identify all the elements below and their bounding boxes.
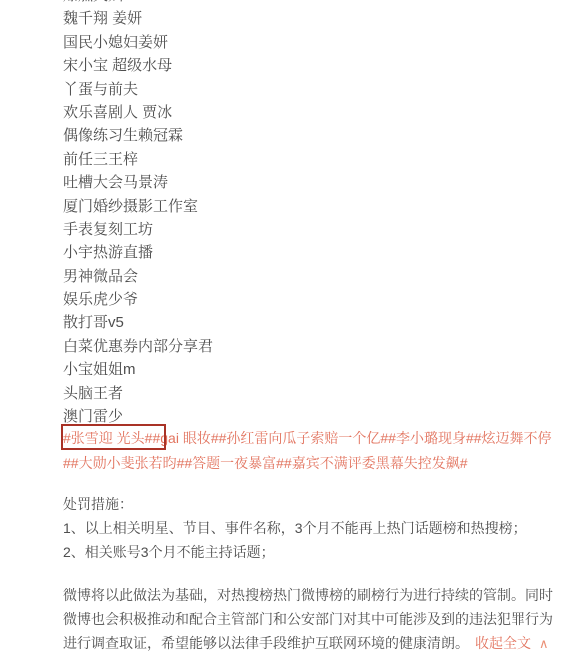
measure-item: 1、以上相关明星、节目、事件名称，3个月不能再上热门话题榜和热搜榜； — [63, 517, 527, 541]
banned-topic-item: 手表复刻工坊 — [63, 218, 213, 241]
hashtag-line[interactable]: #张雪迎 光头##gai 眼妆##孙红雷向瓜子索赔一个亿##李小璐现身##炫迈舞… — [63, 426, 552, 451]
banned-topic-item: 散打哥v5 — [63, 311, 213, 334]
hashtag-line[interactable]: ##大勋小斐张若昀##答题一夜暴富##嘉宾不满评委黑幕失控发飙# — [63, 451, 552, 476]
banned-topic-item: 偶像练习生赖冠霖 — [63, 124, 213, 147]
banned-topic-item: 头脑王者 — [63, 382, 213, 405]
banned-topic-item: 男神微品会 — [63, 265, 213, 288]
banned-topic-item: 魏千翔 姜妍 — [63, 7, 213, 30]
closing-paragraph: 微博将以此做法为基础，对热搜榜热门微博榜的刷榜行为进行持续的管制。同时微博也会积… — [63, 583, 564, 654]
banned-topic-item: 厦门婚纱摄影工作室 — [63, 195, 213, 218]
banned-topic-item: 小宇热游直播 — [63, 241, 213, 264]
banned-topic-list: 爆燃夫妇 魏千翔 姜妍 国民小媳妇姜妍 宋小宝 超级水母 丫蛋与前夫 欢乐喜剧人… — [63, 0, 213, 428]
banned-topic-item: 吐槽大会马景涛 — [63, 171, 213, 194]
measures-title: 处罚措施： — [63, 493, 527, 517]
banned-topic-item: 欢乐喜剧人 贾冰 — [63, 101, 213, 124]
banned-hashtags: #张雪迎 光头##gai 眼妆##孙红雷向瓜子索赔一个亿##李小璐现身##炫迈舞… — [63, 426, 552, 476]
collapse-full-text-link[interactable]: 收起全文 — [475, 635, 531, 651]
punishment-measures: 处罚措施： 1、以上相关明星、节目、事件名称，3个月不能再上热门话题榜和热搜榜；… — [63, 493, 527, 564]
banned-topic-item: 丫蛋与前夫 — [63, 78, 213, 101]
chevron-up-icon[interactable]: ∧ — [539, 636, 549, 651]
banned-topic-item: 澳门雷少 — [63, 405, 213, 428]
banned-topic-item: 国民小媳妇姜妍 — [63, 31, 213, 54]
banned-topic-item: 白菜优惠券内部分享君 — [63, 335, 213, 358]
banned-topic-item: 娱乐虎少爷 — [63, 288, 213, 311]
measure-item: 2、相关账号3个月不能主持话题； — [63, 541, 527, 565]
banned-topic-item: 前任三王梓 — [63, 148, 213, 171]
banned-topic-item: 爆燃夫妇 — [63, 0, 213, 7]
banned-topic-item: 小宝姐姐m — [63, 358, 213, 381]
banned-topic-item: 宋小宝 超级水母 — [63, 54, 213, 77]
